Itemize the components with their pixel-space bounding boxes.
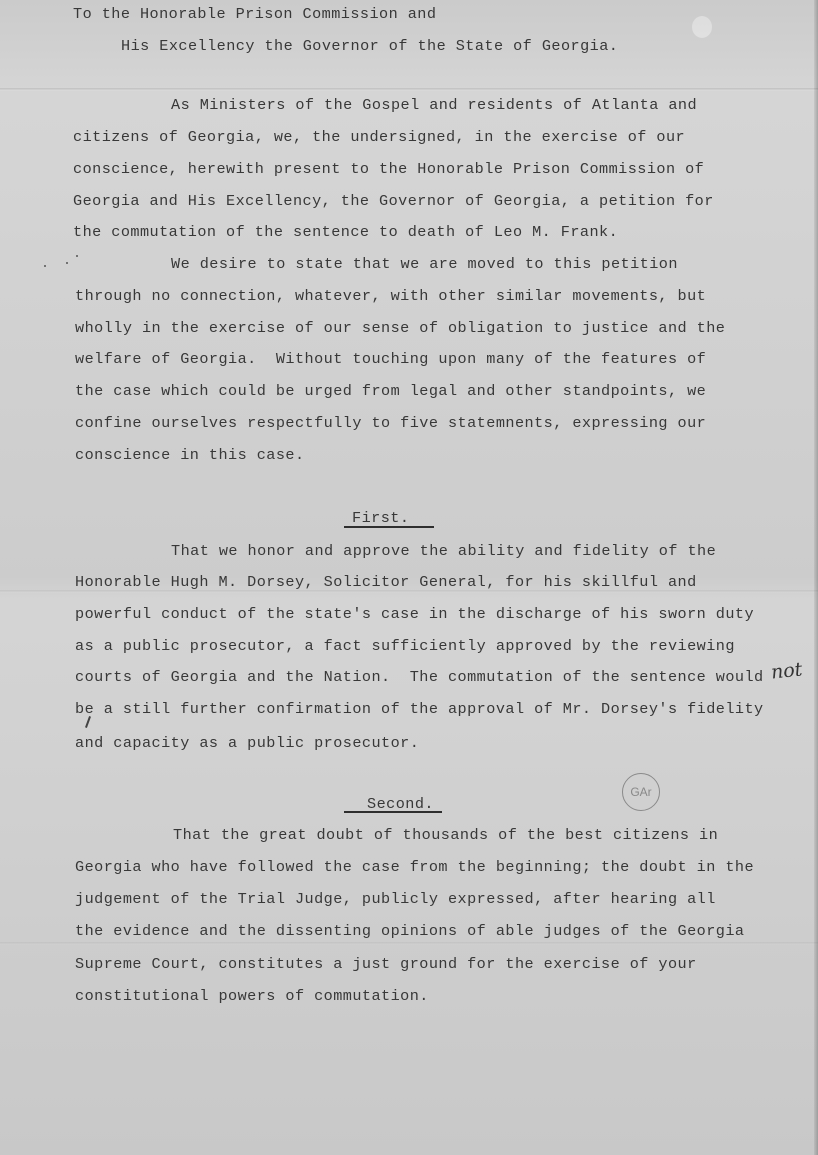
paragraph-line: We desire to state that we are moved to … xyxy=(171,255,678,273)
intro-line: As Ministers of the Gospel and residents… xyxy=(171,96,697,114)
section-line: constitutional powers of commutation. xyxy=(75,987,429,1005)
section-line: the evidence and the dissenting opinions… xyxy=(75,922,744,940)
intro-line: conscience, herewith present to the Hono… xyxy=(73,160,704,178)
paragraph-line: through no connection, whatever, with ot… xyxy=(75,287,706,305)
handwritten-insertion: not xyxy=(770,658,803,683)
paper-fold xyxy=(0,942,818,945)
paragraph-line: welfare of Georgia. Without touching upo… xyxy=(75,350,706,368)
section-line: Honorable Hugh M. Dorsey, Solicitor Gene… xyxy=(75,573,697,591)
paper-edge xyxy=(814,0,818,1155)
section-line: Georgia who have followed the case from … xyxy=(75,858,754,876)
section-line: courts of Georgia and the Nation. The co… xyxy=(75,668,764,686)
section-line: Supreme Court, constitutes a just ground… xyxy=(75,955,697,973)
paper-speck xyxy=(66,262,68,264)
section-line: be a still further confirmation of the a… xyxy=(75,700,764,718)
document-page: To the Honorable Prison Commission and H… xyxy=(0,0,818,1155)
paragraph-line: conscience in this case. xyxy=(75,446,305,464)
section-line: judgement of the Trial Judge, publicly e… xyxy=(75,890,716,908)
section-line: as a public prosecutor, a fact sufficien… xyxy=(75,637,735,655)
section-line: powerful conduct of the state's case in … xyxy=(75,605,754,623)
section-line: That the great doubt of thousands of the… xyxy=(173,826,718,844)
paper-speck xyxy=(44,265,46,267)
heading-underline xyxy=(344,811,442,813)
address-line: To the Honorable Prison Commission and xyxy=(73,5,436,23)
address-line: His Excellency the Governor of the State… xyxy=(121,37,618,55)
archive-stamp: GAr xyxy=(622,773,660,811)
intro-line: the commutation of the sentence to death… xyxy=(73,223,618,241)
paper-fold xyxy=(0,88,818,91)
heading-underline xyxy=(344,526,434,528)
paragraph-line: the case which could be urged from legal… xyxy=(75,382,706,400)
paragraph-line: confine ourselves respectfully to five s… xyxy=(75,414,706,432)
section-heading-first: First. xyxy=(352,509,409,527)
intro-line: citizens of Georgia, we, the undersigned… xyxy=(73,128,685,146)
paper-blemish xyxy=(692,16,712,38)
intro-line: Georgia and His Excellency, the Governor… xyxy=(73,192,714,210)
section-line: and capacity as a public prosecutor. xyxy=(75,734,419,752)
section-line: That we honor and approve the ability an… xyxy=(171,542,716,560)
paragraph-line: wholly in the exercise of our sense of o… xyxy=(75,319,725,337)
paper-speck xyxy=(76,255,78,257)
